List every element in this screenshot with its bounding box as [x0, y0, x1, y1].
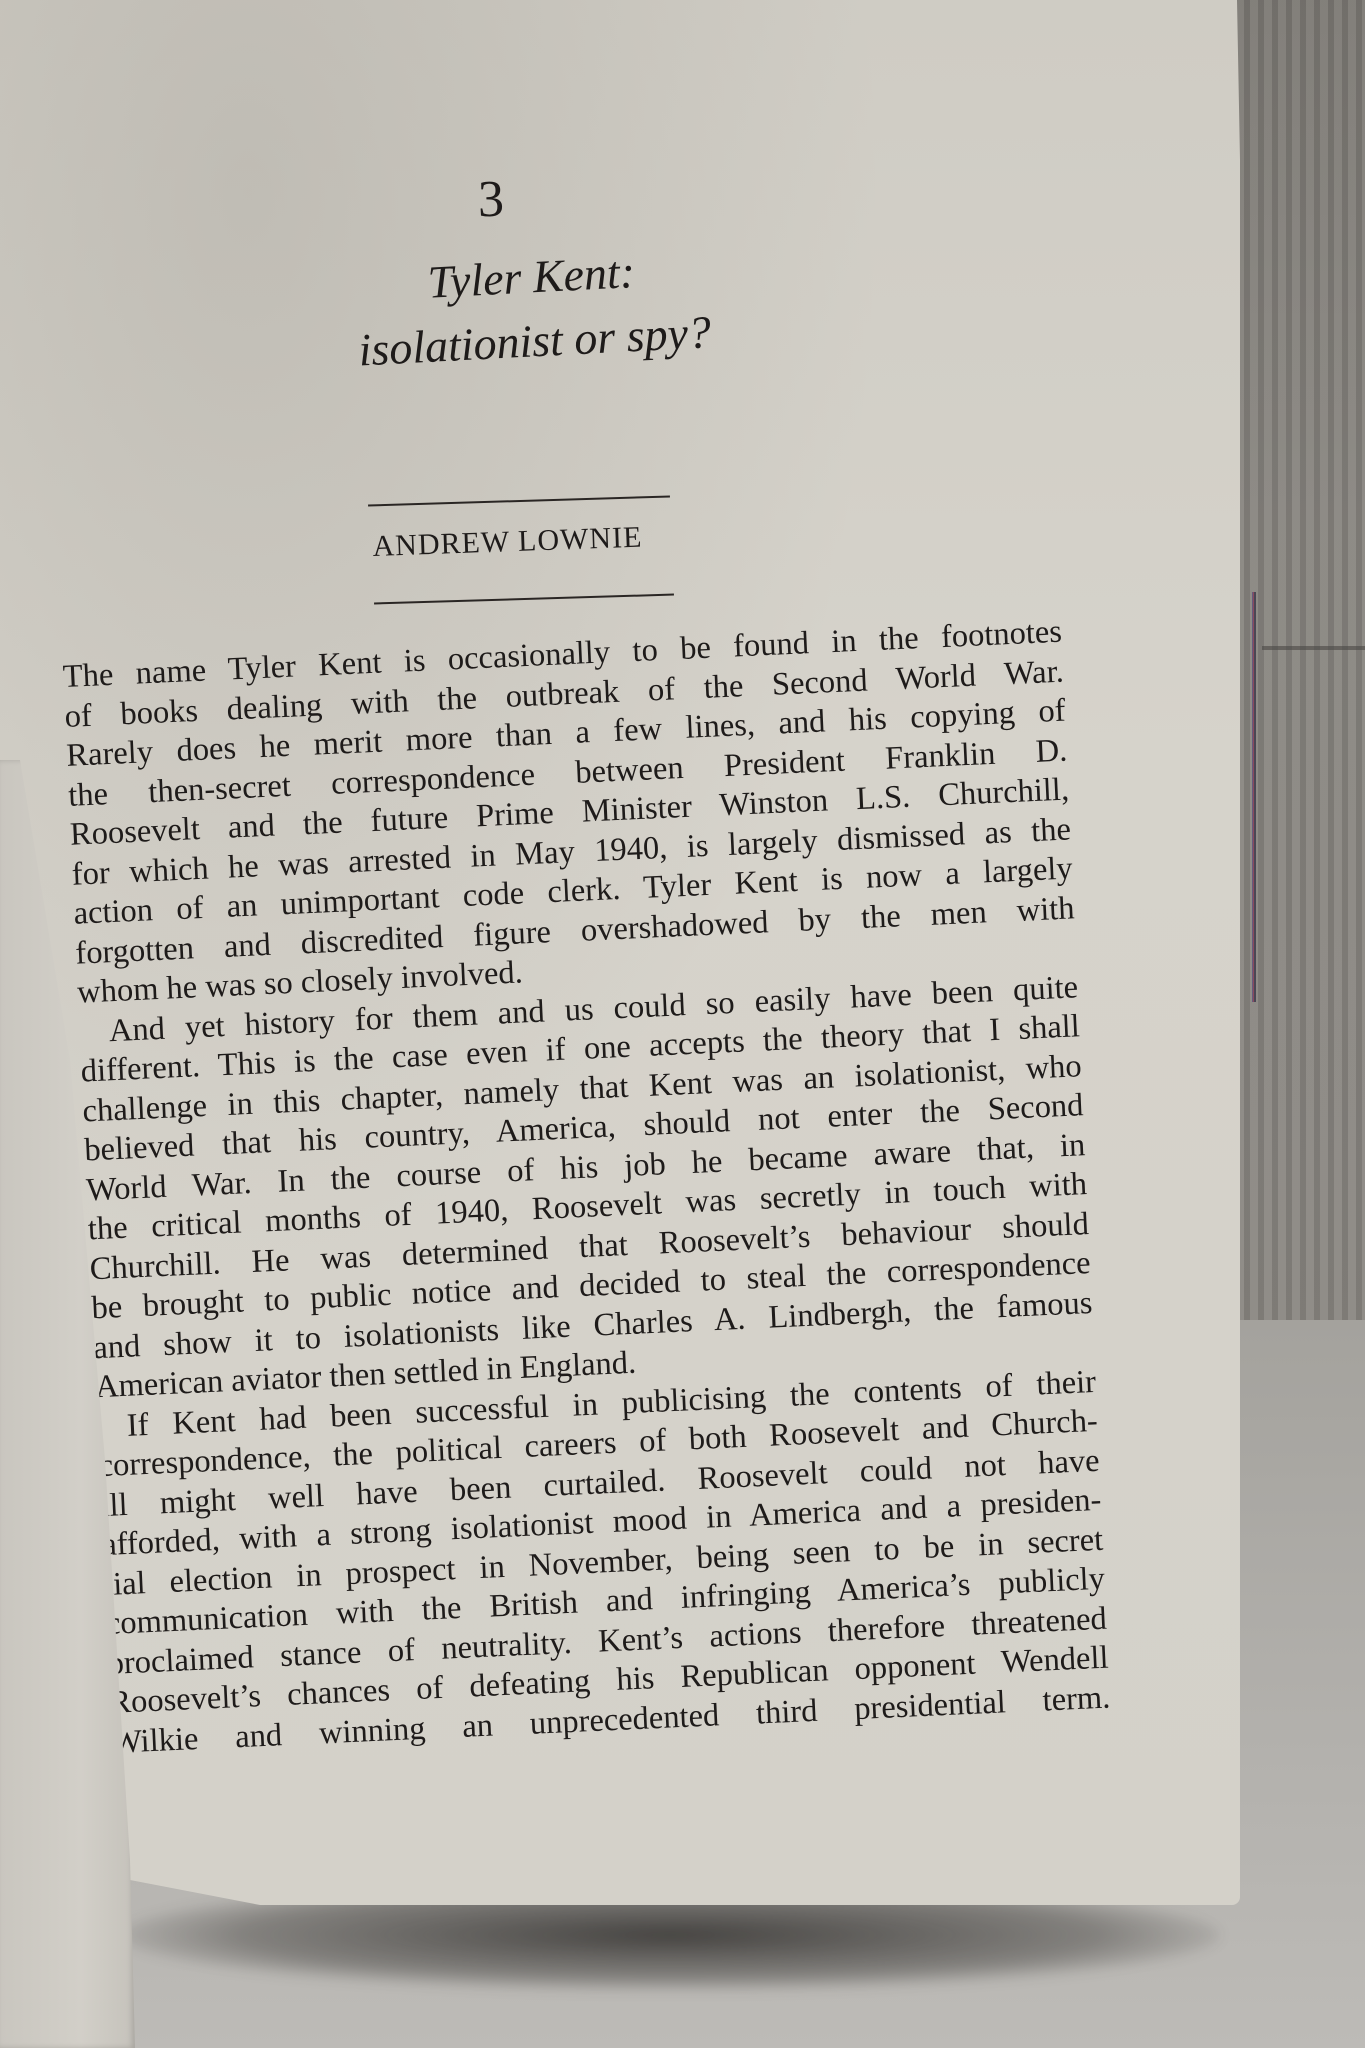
page-edge-marks — [1252, 592, 1256, 1002]
chapter-author: ANDREW LOWNIE — [372, 521, 643, 564]
paragraph-2: And yet history for them and us could so… — [78, 968, 1095, 1408]
wall-seam — [1262, 646, 1365, 650]
author-rule-bottom — [374, 594, 674, 605]
page-content: 3 Tyler Kent: isolationist or spy? ANDRE… — [0, 0, 1240, 1905]
chapter-title: Tyler Kent: isolationist or spy? — [290, 233, 776, 386]
paragraph-3: If Kent had been successful in publicisi… — [96, 1362, 1111, 1762]
author-rule-top — [368, 496, 670, 507]
paragraph-1: The name Tyler Kent is occasionally to b… — [62, 613, 1077, 1013]
chapter-body: The name Tyler Kent is occasionally to b… — [62, 613, 1111, 1763]
wooden-wall-background — [1230, 0, 1365, 1320]
chapter-number: 3 — [477, 170, 504, 229]
